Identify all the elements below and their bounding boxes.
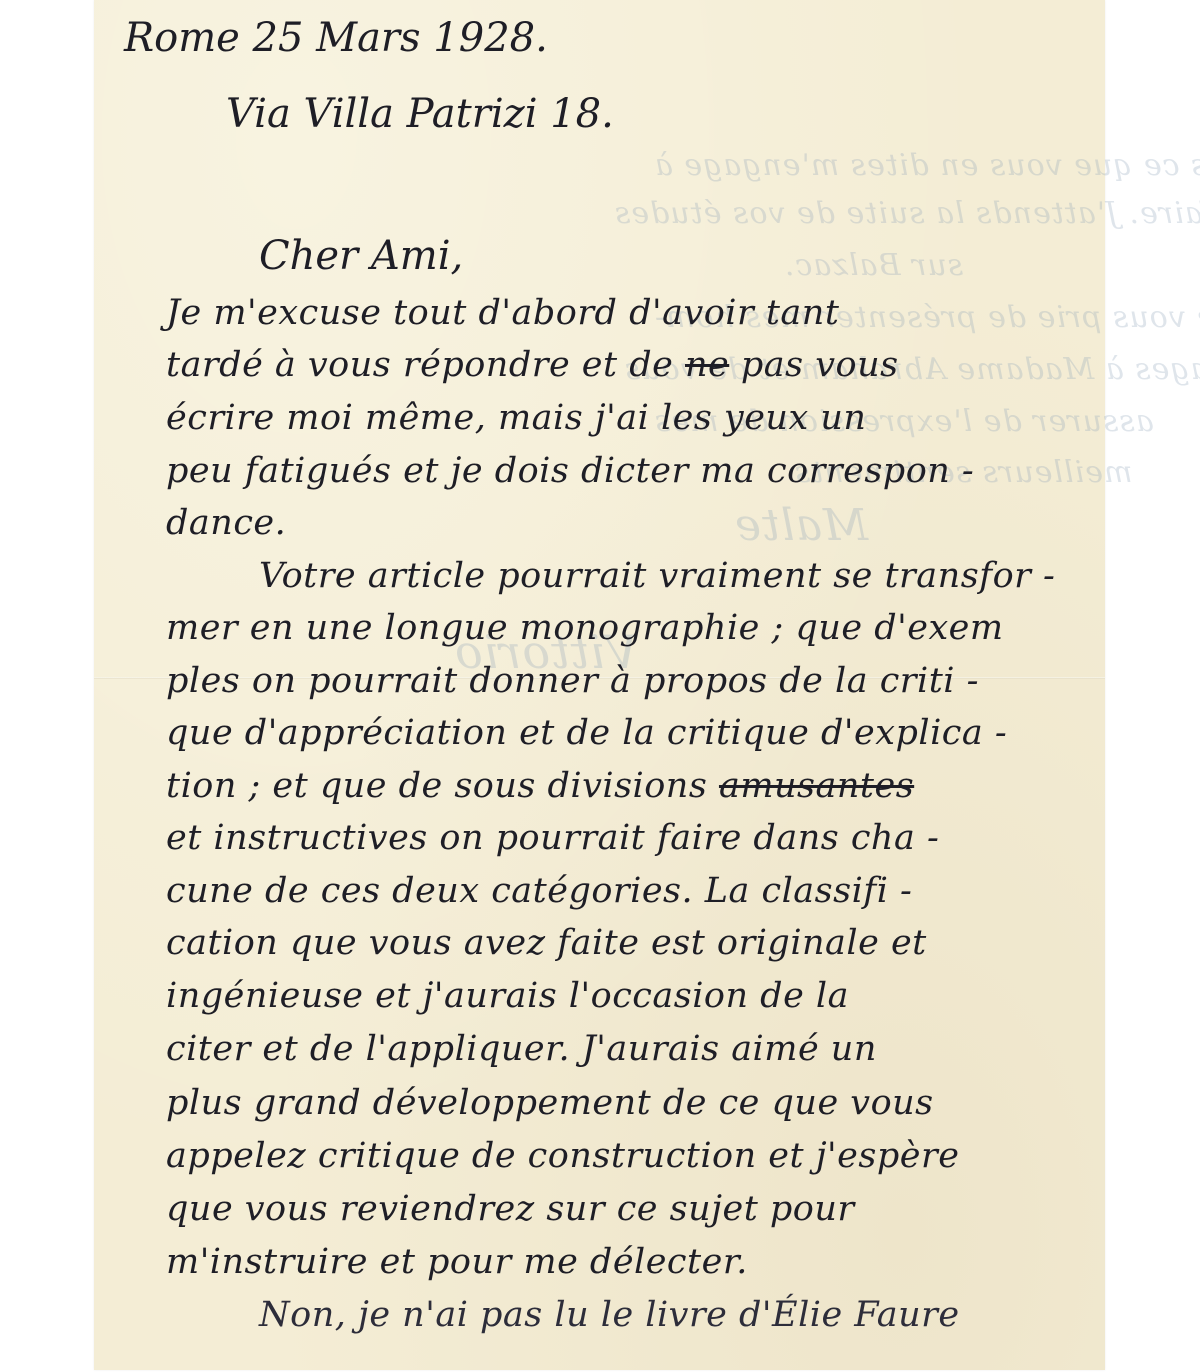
letter-body-line: que d'appréciation et de la critique d'e… — [166, 716, 1007, 751]
bleed-through-line: le faire. J'attends la suite de vos étud… — [614, 196, 1200, 231]
letter-body-line: et instructives on pourrait faire dans c… — [166, 821, 939, 856]
bleed-through-signature: Malte — [734, 500, 868, 551]
letter-body-line: citer et de l'appliquer. J'aurais aimé u… — [166, 1032, 877, 1067]
letter-body-line: Non, je n'ai pas lu le livre d'Élie Faur… — [259, 1298, 960, 1333]
letter-body-line: Votre article pourrait vraiment se trans… — [259, 559, 1055, 594]
letter-body-line: Je m'excuse tout d'abord d'avoir tant — [166, 296, 839, 331]
letter-body-line: m'instruire et pour me délecter. — [166, 1245, 748, 1280]
struck-word: amusantes — [719, 766, 914, 806]
bleed-through-line: sur Balzac. — [784, 248, 963, 283]
letter-body-line: cation que vous avez faite est originale… — [166, 926, 927, 961]
struck-word: ne — [685, 345, 729, 385]
letter-body-line: ples on pourrait donner à propos de la c… — [166, 664, 979, 699]
letter-salutation: Cher Ami, — [259, 236, 463, 276]
letter-body-line: plus grand développement de ce que vous — [166, 1086, 934, 1121]
letter-body-line: écrire moi même, mais j'ai les yeux un — [166, 401, 866, 436]
letter-body-line: dance. — [166, 506, 286, 541]
letter-address: Via Villa Patrizi 18. — [226, 94, 614, 134]
letter-paper: mais ce que vous en dites m'engage à le … — [94, 0, 1105, 1370]
line-text: pas vous — [729, 345, 898, 385]
letter-body-line: que vous reviendrez sur ce sujet pour — [166, 1192, 855, 1227]
letter-body-line: tardé à vous répondre et de ne pas vous — [166, 348, 899, 383]
bleed-through-line: mais ce que vous en dites m'engage à — [654, 148, 1200, 183]
line-text: tion ; et que de sous divisions — [166, 766, 707, 806]
letter-body-line: ingénieuse et j'aurais l'occasion de la — [166, 979, 849, 1014]
letter-body-line: tion ; et que de sous divisions amusante… — [166, 769, 914, 804]
line-text: tardé à vous répondre et de — [166, 345, 685, 385]
letter-body-line: cune de ces deux catégories. La classifi… — [166, 874, 912, 909]
letter-body-line: peu fatigués et je dois dicter ma corres… — [166, 454, 974, 489]
letter-body-line: appelez critique de construction et j'es… — [166, 1139, 959, 1174]
letter-place-date: Rome 25 Mars 1928. — [124, 18, 548, 58]
letter-body-line: mer en une longue monographie ; que d'ex… — [166, 611, 1004, 646]
